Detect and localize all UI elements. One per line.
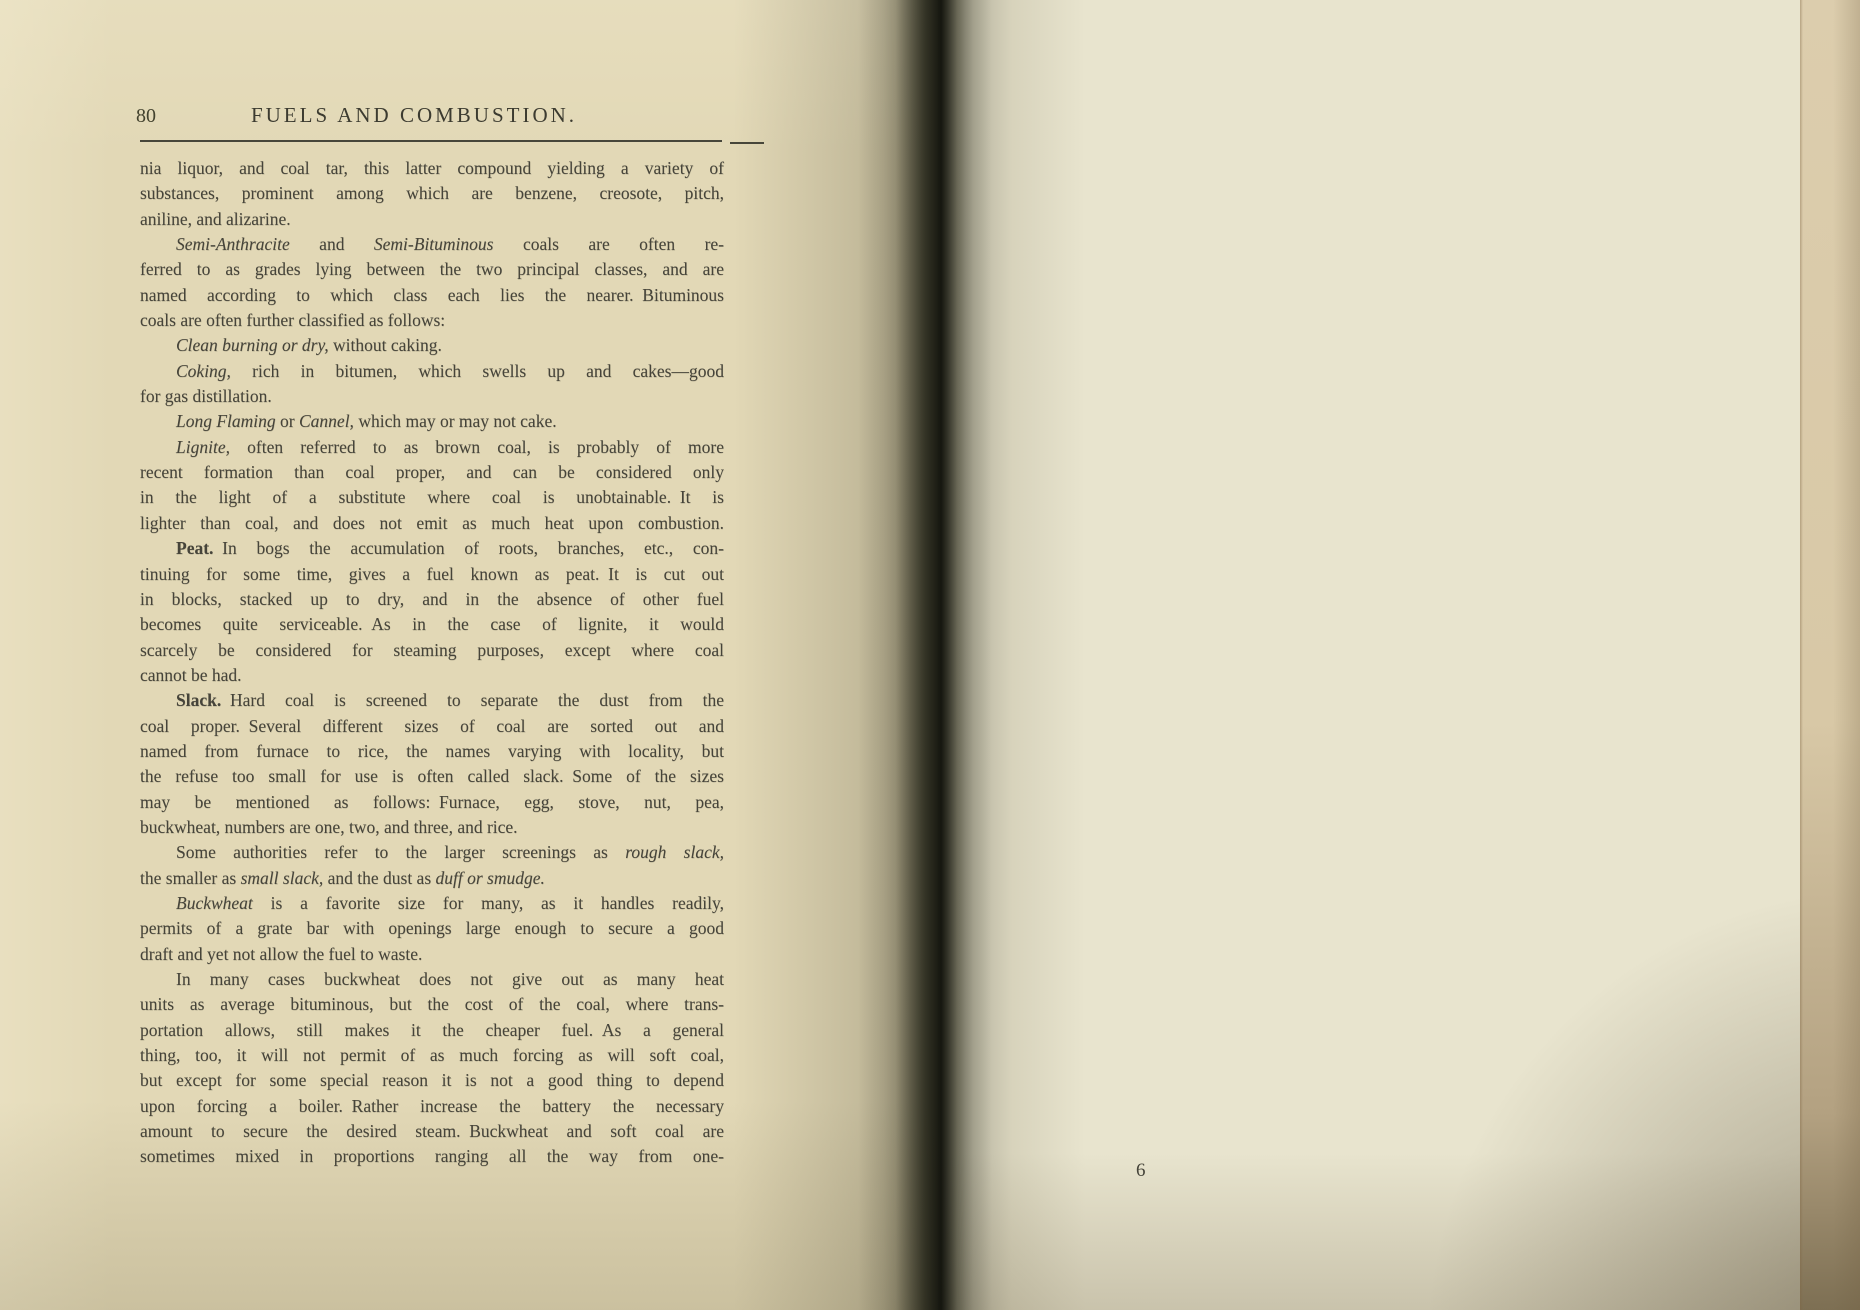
text-line: coals are often further classified as fo… (140, 308, 724, 333)
text-line: lighter than coal, and does not emit as … (140, 511, 724, 536)
text-line: for gas distillation. (140, 384, 724, 409)
text-line: the refuse too small for use is often ca… (140, 764, 724, 789)
text-line: nia liquor, and coal tar, this latter co… (140, 156, 724, 181)
text-line: tinuing for some time, gives a fuel know… (140, 562, 724, 587)
text-line: draft and yet not allow the fuel to wast… (140, 942, 724, 967)
text-line: named from furnace to rice, the names va… (140, 739, 724, 764)
text-line: Long Flaming or Cannel, which may or may… (140, 409, 724, 434)
running-head-left: FUELS AND COMBUSTION. (118, 103, 710, 128)
right-page: 81 FUELS AND COMBUSTION. third to two-th… (938, 0, 1860, 1310)
text-line: Clean burning or dry, without caking. (140, 333, 724, 358)
text-line: sometimes mixed in proportions ranging a… (140, 1144, 724, 1169)
text-line: Buckwheat is a favorite size for many, a… (140, 891, 724, 916)
text-line: named according to which class each lies… (140, 283, 724, 308)
text-line: thing, too, it will not permit of as muc… (140, 1043, 724, 1068)
text-line: Semi-Anthracite and Semi-Bituminous coal… (140, 232, 724, 257)
text-line: Peat. In bogs the accumulation of roots,… (140, 536, 724, 561)
text-line: in blocks, stacked up to dry, and in the… (140, 587, 724, 612)
text-line: units as average bituminous, but the cos… (140, 992, 724, 1017)
signature-mark: 6 (1136, 1160, 1146, 1182)
text-line: portation allows, still makes it the che… (140, 1018, 724, 1043)
text-line: Lignite, often referred to as brown coal… (140, 435, 724, 460)
book-photo: 80 FUELS AND COMBUSTION. nia liquor, and… (0, 0, 1860, 1310)
left-page: 80 FUELS AND COMBUSTION. nia liquor, and… (0, 0, 940, 1310)
text-line: may be mentioned as follows: Furnace, eg… (140, 790, 724, 815)
text-line: amount to secure the desired steam. Buck… (140, 1119, 724, 1144)
header-rule-left-dash (730, 142, 764, 144)
text-line: coal proper. Several different sizes of … (140, 714, 724, 739)
text-line: Coking, rich in bitumen, which swells up… (140, 359, 724, 384)
text-line: recent formation than coal proper, and c… (140, 460, 724, 485)
text-line: scarcely be considered for steaming purp… (140, 638, 724, 663)
text-line: the smaller as small slack, and the dust… (140, 866, 724, 891)
text-line: aniline, and alizarine. (140, 207, 724, 232)
text-line: but except for some special reason it is… (140, 1068, 724, 1093)
text-line: ferred to as grades lying between the tw… (140, 257, 724, 282)
header-rule-left (140, 140, 722, 142)
page-fore-edge (1800, 0, 1860, 1310)
text-line: Some authorities refer to the larger scr… (140, 840, 724, 865)
text-line: buckwheat, numbers are one, two, and thr… (140, 815, 724, 840)
book-spine-shadow (858, 0, 992, 1310)
text-line: permits of a grate bar with openings lar… (140, 916, 724, 941)
page-80-body: nia liquor, and coal tar, this latter co… (140, 156, 724, 1170)
text-line: cannot be had. (140, 663, 724, 688)
text-line: In many cases buckwheat does not give ou… (140, 967, 724, 992)
text-line: Slack. Hard coal is screened to separate… (140, 688, 724, 713)
text-line: upon forcing a boiler. Rather increase t… (140, 1094, 724, 1119)
text-line: becomes quite serviceable. As in the cas… (140, 612, 724, 637)
text-line: substances, prominent among which are be… (140, 181, 724, 206)
text-line: in the light of a substitute where coal … (140, 485, 724, 510)
